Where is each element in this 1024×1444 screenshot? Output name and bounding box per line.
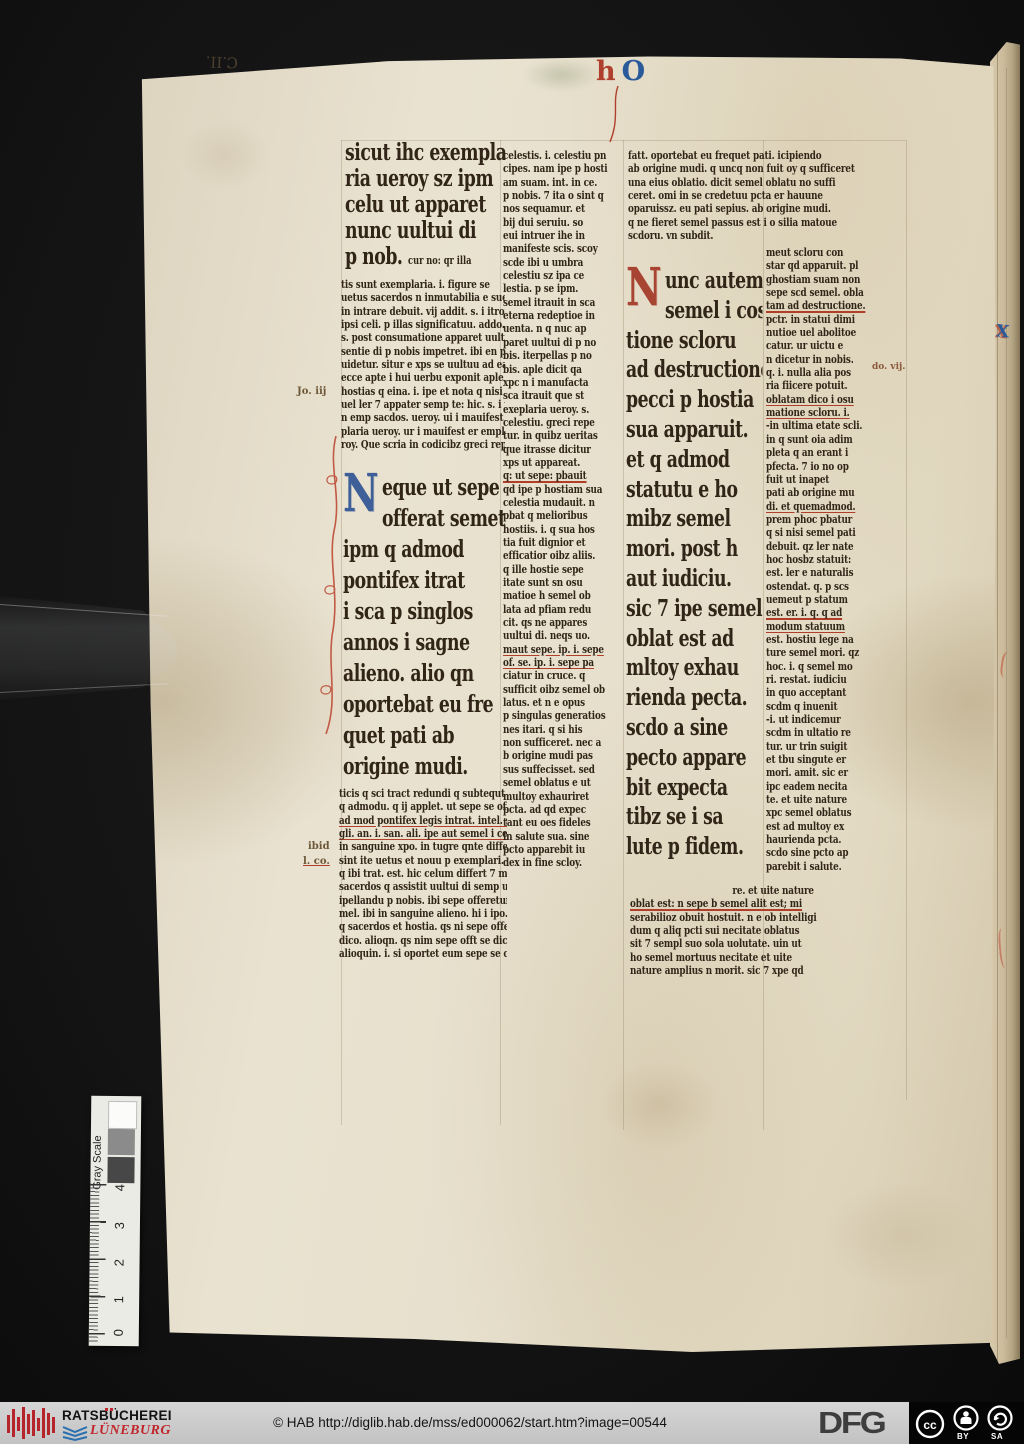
text-line: eui intruer ihe in bbox=[503, 229, 625, 242]
text-line: pctr. in statui dimi bbox=[766, 313, 906, 326]
text-line: ecce apte i hui uerbu exponit aple melio… bbox=[341, 371, 505, 384]
text-line: mori. amit. sic er bbox=[766, 766, 906, 779]
text-line: tant eu oes fideles bbox=[503, 816, 625, 829]
text-line: ipc eadem necita bbox=[766, 780, 906, 793]
credit-url: © HAB http://diglib.hab.de/mss/ed000062/… bbox=[240, 1415, 700, 1430]
text-line: debuit. qz ler nate bbox=[766, 540, 906, 553]
text-line: oportebat eu fre bbox=[343, 689, 505, 720]
text-line: mltoy exhau bbox=[626, 653, 763, 683]
text-line: ri. restat. iudiciu bbox=[766, 673, 906, 686]
ruler-number: 2 bbox=[112, 1259, 127, 1266]
text-line: tur. ur trin suigit bbox=[766, 740, 906, 753]
text-line: latus. et n e opus bbox=[503, 696, 625, 709]
text-line: sus suffecisset. sed bbox=[503, 763, 625, 776]
text-line: qd ipe p hostiam sua bbox=[503, 483, 625, 496]
text-line: ciatur in cruce. q bbox=[503, 669, 625, 682]
text-line: pfecta. 7 io no op bbox=[766, 460, 906, 473]
text-line: que itrasse dicitur bbox=[503, 443, 625, 456]
text-line: maut sepe. ip. i. sepe bbox=[503, 643, 625, 656]
text-line: am suam. int. in ce. bbox=[503, 176, 625, 189]
text-line: hoc. i. q semel mo bbox=[766, 660, 906, 673]
text-line: celestia mudauit. n bbox=[503, 496, 625, 509]
text-line: sufficit oibz semel ob bbox=[503, 683, 625, 696]
text-line: di. et quemadmod. bbox=[766, 500, 906, 513]
margin-note-left: ibid bbox=[308, 841, 330, 852]
text-line: ad mod pontifex legis intrat. intel. scd… bbox=[339, 814, 507, 827]
text-line: xpc semel oblatus bbox=[766, 806, 906, 819]
text-line: paret uultui di p no bbox=[503, 336, 625, 349]
ruler-number: 4 bbox=[112, 1184, 127, 1191]
text-line: xps ut appareat. bbox=[503, 456, 625, 469]
column1-lemma-top-last: p nob. cur no: qr illa bbox=[345, 244, 506, 274]
ratsbuecherei-bars-icon bbox=[5, 1405, 57, 1441]
text-line: uidetur. situr e xps se uultuu ad eande. bbox=[341, 358, 505, 371]
text-line: celestiu. greci repe bbox=[503, 416, 625, 429]
text-line: multoy exhauriret bbox=[503, 790, 625, 803]
text-line: i sca p singlos bbox=[343, 596, 505, 627]
ruler-number: 0 bbox=[111, 1329, 126, 1336]
text-line: ostendat. q. p scs bbox=[766, 580, 906, 593]
cc-by-person-icon bbox=[953, 1405, 979, 1431]
text-line: sca itrauit que st bbox=[503, 389, 625, 402]
text-line: lestia. p se ipm. bbox=[503, 282, 625, 295]
text-line: meut scloru con bbox=[766, 246, 906, 259]
text-line: oparuissz. eu pati sepius. ab origine mu… bbox=[628, 202, 906, 215]
text-line: pbat q melioribus bbox=[503, 509, 625, 522]
text-line: gli. an. i. san. ali. ipe aut semel i ce… bbox=[339, 827, 507, 840]
text-line: hostiis. i. q sua hos bbox=[503, 523, 625, 536]
text-line: s. post consumatione apparet uultui. i. … bbox=[341, 331, 505, 344]
text-line: scdoru. vn subdit. bbox=[628, 229, 906, 242]
text-line: in quo acceptant bbox=[766, 686, 906, 699]
text-line: pecci p hostia bbox=[626, 385, 763, 415]
text-line: bit expecta bbox=[626, 773, 763, 803]
bottom-wide-gloss-block: re. et uite natureoblat est: n sepe b se… bbox=[630, 884, 908, 977]
cc-sa-arrow-icon bbox=[987, 1405, 1013, 1431]
running-title-letter-blue: O bbox=[622, 56, 646, 87]
text-line: roy. Que scria in codicibz greci repetur… bbox=[341, 438, 505, 451]
offset-ink-ghost bbox=[522, 58, 600, 92]
text-line: ria fiicere potuit. bbox=[766, 379, 906, 392]
text-line: sit 7 sempl suo sola uolutate. uin ut bbox=[630, 937, 908, 950]
text-line: offerat semet bbox=[382, 503, 505, 534]
text-line: nature amplius n morit. sic 7 xpe qd bbox=[630, 964, 908, 977]
text-line: in q sunt oia adim bbox=[766, 433, 906, 446]
creative-commons-block: cc BY SA bbox=[909, 1402, 1024, 1444]
text-line: b origine mudi pas bbox=[503, 749, 625, 762]
page-crease bbox=[997, 42, 998, 1364]
text-line: sic 7 ipe semel bbox=[626, 594, 763, 624]
text-line: sentie di p nobis impetret. ibi en plena… bbox=[341, 345, 505, 358]
text-line: alieno. alio qn bbox=[343, 658, 505, 689]
text-line: n emp sacdos. ueroy. ui i mauifest et em bbox=[341, 411, 505, 424]
text-line: semel itrauit in sca bbox=[503, 296, 625, 309]
text-line: sint ite uetus et nouu p exemplari. i. e… bbox=[339, 854, 507, 867]
running-title: hO bbox=[596, 56, 645, 87]
text-line: serabilioz obuit hostuit. n e ob intelli… bbox=[630, 911, 908, 924]
text-line: q ne fieret semel passus est i o silia m… bbox=[628, 216, 906, 229]
ruler-ticks-major bbox=[89, 1184, 107, 1344]
text-line: mel. ibi in sanguine alieno. hi i ipo. i… bbox=[339, 907, 507, 920]
text-line: catur. ur uictu e bbox=[766, 339, 906, 352]
text-line: uultui di. neqs uo. bbox=[503, 629, 625, 642]
text-line: sua apparuit. bbox=[626, 415, 763, 445]
column1-lemma-top: sicut ihc exemplaria ueroy sz ipmcelu ut… bbox=[345, 140, 506, 244]
grayscale-ruler: Gray Scale 4 3 2 1 0 bbox=[89, 1096, 142, 1347]
ruler-number: 1 bbox=[111, 1296, 126, 1303]
library-name: RATSBÜCHEREI bbox=[62, 1408, 172, 1423]
text-line: est. er. i. q. q ad bbox=[766, 606, 906, 619]
text-line: uel ler 7 appater semp te: hic. s. i man… bbox=[341, 398, 505, 411]
grayscale-patch-mid bbox=[108, 1129, 135, 1155]
column3-lemma: N unc autemsemel i cosumatione scloruad … bbox=[626, 266, 763, 862]
text-line: bij dui seruiu. so bbox=[503, 216, 625, 229]
rubric-tail-flourish bbox=[606, 86, 626, 144]
top-wide-gloss-block: fatt. oportebat eu frequet pati. icipien… bbox=[628, 149, 906, 242]
text-line: uenta. n q nuc ap bbox=[503, 322, 625, 335]
text-line: q si nisi semel pati bbox=[766, 526, 906, 539]
text-line: origine mudi. bbox=[343, 751, 505, 782]
text-line: n dicetur in nobis. bbox=[766, 353, 906, 366]
text-line: semel i cosuma bbox=[665, 296, 763, 326]
text-line: sepe scd semel. obla bbox=[766, 286, 906, 299]
text-line: est. ler e naturalis bbox=[766, 566, 906, 579]
text-line: est ad multoy ex bbox=[766, 820, 906, 833]
text-line: re. et uite nature bbox=[630, 884, 908, 897]
text-line: ab origine mudi. q uncq non fuit oy q su… bbox=[628, 162, 906, 175]
text-line: q. i. nulla alia pos bbox=[766, 366, 906, 379]
corner-inscription: C.II. bbox=[148, 50, 239, 71]
digitized-manuscript-photo: X hO C.II. Jo. iij ibid l. co. do. vij. … bbox=[0, 0, 1024, 1444]
margin-note-left: Jo. iij bbox=[297, 386, 326, 397]
text-line: matioe h semel ob bbox=[503, 589, 625, 602]
text-line: p nobis. 7 ita o sint q bbox=[503, 189, 625, 202]
text-line: dum q aliq pcti sui necitate oblatus bbox=[630, 924, 908, 937]
penwork-flourish bbox=[316, 436, 346, 736]
text-line: uemeut p statum bbox=[766, 593, 906, 606]
text-line: cit. qs ne appares bbox=[503, 616, 625, 629]
text-line: exeplaria ueroy. s. bbox=[503, 403, 625, 416]
text-line: una eius oblatio. dicit semel oblatu no … bbox=[628, 176, 906, 189]
text-line: q admodu. q ij applet. ut sepe se offeat… bbox=[339, 800, 507, 813]
text-line: ture semel mori. qz bbox=[766, 646, 906, 659]
text-line: pontifex itrat bbox=[343, 565, 505, 596]
text-line: non sufficeret. nec a bbox=[503, 736, 625, 749]
cc-icon: cc bbox=[915, 1409, 945, 1439]
text-line: est. hostiu lege na bbox=[766, 633, 906, 646]
text-line: ipm q admod bbox=[343, 534, 505, 565]
text-line: pcta. ad qd expec bbox=[503, 803, 625, 816]
text-line: tam ad destructione. bbox=[766, 299, 906, 312]
text-line: q: ut sepe: pbauit bbox=[503, 469, 625, 482]
text-line: p singulas generatios bbox=[503, 709, 625, 722]
cc-by-label: BY bbox=[957, 1432, 969, 1441]
text-line: xpc n i manufacta bbox=[503, 376, 625, 389]
inline-gloss: cur no: qr illa bbox=[408, 254, 471, 267]
text-line: plaria ueroy. ur i mauifest er emplana u… bbox=[341, 425, 505, 438]
text-line: quet pati ab bbox=[343, 720, 505, 751]
grayscale-patch-dark bbox=[107, 1157, 134, 1183]
column4-gloss: meut scloru constar qd apparuit. plghost… bbox=[766, 246, 906, 873]
text-line: pecto appare bbox=[626, 743, 763, 773]
text-line: oblat est ad bbox=[626, 624, 763, 654]
ruling-line bbox=[763, 140, 764, 1130]
text-line: parebit i salute. bbox=[766, 860, 906, 873]
lemma-word: p nob. bbox=[345, 243, 402, 270]
text-line: ho semel mortuus necitate et uite bbox=[630, 951, 908, 964]
text-line: sacerdos q assistit uultui di semp uiuen… bbox=[339, 880, 507, 893]
text-line: uetus sacerdos n inmutabilia e sue bbox=[341, 291, 505, 304]
blue-initial-N: N bbox=[343, 472, 378, 516]
text-line: -in ultima etate scli. bbox=[766, 419, 906, 432]
text-line: unc autem bbox=[665, 266, 763, 296]
text-line: pati ab origine mu bbox=[766, 486, 906, 499]
text-line: statutu e ho bbox=[626, 475, 763, 505]
text-line: q ibi trat. est. hic celum differt 7 mag… bbox=[339, 867, 507, 880]
text-line: pcto apparebit iu bbox=[503, 843, 625, 856]
text-line: mori. post h bbox=[626, 534, 763, 564]
text-line: eterna redeptioe in bbox=[503, 309, 625, 322]
text-line: ceret. omi in se credetuu pcta er hauune bbox=[628, 189, 906, 202]
text-line: efficatior oibz aliis. bbox=[503, 549, 625, 562]
red-umlaut-accent bbox=[105, 1408, 113, 1411]
text-line: rienda pecta. bbox=[626, 683, 763, 713]
page-crease bbox=[1006, 68, 1007, 1337]
text-line: nunc uultui di bbox=[345, 218, 506, 244]
text-line: ad destructione bbox=[626, 355, 763, 385]
text-line: ipellandu p nobis. ibi sepe offeretur. h… bbox=[339, 894, 507, 907]
text-line: fuit ut inapet bbox=[766, 473, 906, 486]
svg-text:cc: cc bbox=[923, 1418, 937, 1432]
text-line: alioquin. i. si oportet eum sepe se of bbox=[339, 947, 507, 960]
text-line: tibz se i sa bbox=[626, 802, 763, 832]
text-line: modum statuum bbox=[766, 620, 906, 633]
text-line: semel oblatus e ut bbox=[503, 776, 625, 789]
text-line: ipsi celi. p illas significatuu. addo. u… bbox=[341, 318, 505, 331]
column1-gloss-b: ticis q sci tract redundi q subtequt ost… bbox=[339, 787, 507, 960]
text-line: haurienda pcta. bbox=[766, 833, 906, 846]
text-line: cipes. nam ipe p hosti bbox=[503, 162, 625, 175]
grayscale-patch-white bbox=[108, 1101, 137, 1129]
grayscale-label: Gray Scale bbox=[91, 1100, 104, 1190]
cc-sa-label: SA bbox=[991, 1432, 1003, 1441]
library-city: LÜNEBURG bbox=[90, 1423, 171, 1439]
text-line: te. et uite nature bbox=[766, 793, 906, 806]
text-line: of. se. ip. i. sepe pa bbox=[503, 656, 625, 669]
text-line: celestiu sz ipa ce bbox=[503, 269, 625, 282]
text-line: dex in fine scloy. bbox=[503, 856, 625, 869]
text-line: ghostiam suam non bbox=[766, 273, 906, 286]
text-line: fatt. oportebat eu frequet pati. icipien… bbox=[628, 149, 906, 162]
text-line: et q admod bbox=[626, 445, 763, 475]
text-line: lute p fidem. bbox=[626, 832, 763, 862]
underpage-quire-mark: X bbox=[995, 321, 1010, 342]
text-line: prem phoc pbatur bbox=[766, 513, 906, 526]
blue-book-fan-icon bbox=[62, 1424, 88, 1442]
text-line: in salute sua. sine bbox=[503, 830, 625, 843]
text-line: annos i sagne bbox=[343, 627, 505, 658]
text-line: tia fuit dignior et bbox=[503, 536, 625, 549]
text-line: ria ueroy sz ipm bbox=[345, 166, 506, 192]
text-line: bis. iterpellas p no bbox=[503, 349, 625, 362]
text-line: manifeste scis. scoy bbox=[503, 242, 625, 255]
text-line: mibz semel bbox=[626, 504, 763, 534]
text-line: lata ad pfiam redu bbox=[503, 603, 625, 616]
text-line: tione scloru bbox=[626, 326, 763, 356]
dfg-logo: DFG bbox=[818, 1405, 885, 1441]
lemma-lines: unc autemsemel i cosumatione scloruad de… bbox=[626, 266, 763, 862]
text-line: ticis q sci tract redundi q subtequt ost… bbox=[339, 787, 507, 800]
text-line: scde ibi u umbra bbox=[503, 256, 625, 269]
text-line: dico. alioqn. qs nim sepe offt se dico. bbox=[339, 934, 507, 947]
text-line: q sacerdos et hostia. qs ni sepe offert … bbox=[339, 920, 507, 933]
text-line: in sanguine xpo. in tugre qnte differeti… bbox=[339, 840, 507, 853]
text-line: nutioe uel abolitoe bbox=[766, 326, 906, 339]
text-line: sicut ihc exempla bbox=[345, 140, 506, 166]
margin-note-left: l. co. bbox=[303, 856, 330, 867]
text-line: aut iudiciu. bbox=[626, 564, 763, 594]
text-line: oblat est: n sepe b semel alit est; mi bbox=[630, 897, 908, 910]
text-line: oblatam dico i osu bbox=[766, 393, 906, 406]
text-line: tis sunt exemplaria. i. figure se bbox=[341, 278, 505, 291]
text-line: hostias q eina. i. ipe et nota q nisi lo… bbox=[341, 385, 505, 398]
text-line: hoc hosbz statuit: bbox=[766, 553, 906, 566]
red-initial-N: N bbox=[626, 266, 661, 310]
text-line: scdo a sine bbox=[626, 713, 763, 743]
column2-gloss: celestis. i. celestiu pncipes. nam ipe p… bbox=[503, 149, 625, 870]
text-line: -i. ut indicemur bbox=[766, 713, 906, 726]
text-line: scdm q inuenit bbox=[766, 700, 906, 713]
text-line: bis. aple dicit qa bbox=[503, 363, 625, 376]
text-line: tur. in quibz ueritas bbox=[503, 429, 625, 442]
text-line: nes itari. q si his bbox=[503, 723, 625, 736]
text-line: pleta q an erant i bbox=[766, 446, 906, 459]
text-line: celestis. i. celestiu pn bbox=[503, 149, 625, 162]
text-line: scdo sine pcto ap bbox=[766, 846, 906, 859]
column1-gloss-a: tis sunt exemplaria. i. figure seuetus s… bbox=[341, 278, 505, 451]
text-line: et tbu singute er bbox=[766, 753, 906, 766]
text-line: in intrare debuit. vij addit. s. i itroi… bbox=[341, 305, 505, 318]
text-line: scdm in ultatio re bbox=[766, 726, 906, 739]
text-line: star qd apparuit. pl bbox=[766, 259, 906, 272]
text-line: nos sequamur. et bbox=[503, 202, 625, 215]
text-line: itate sunt sn osu bbox=[503, 576, 625, 589]
text-line: eque ut sepe bbox=[382, 472, 505, 503]
text-line: matione scloru. i. bbox=[766, 406, 906, 419]
column1-lemma-main: N eque ut sepeofferat semetipm q admodpo… bbox=[343, 472, 505, 782]
text-line: q ille hostie sepe bbox=[503, 563, 625, 576]
footer-bar: RATSBÜCHEREI LÜNEBURG © HAB http://digli… bbox=[0, 1402, 1024, 1444]
text-line: celu ut apparet bbox=[345, 192, 506, 218]
ruler-number: 3 bbox=[112, 1222, 127, 1229]
